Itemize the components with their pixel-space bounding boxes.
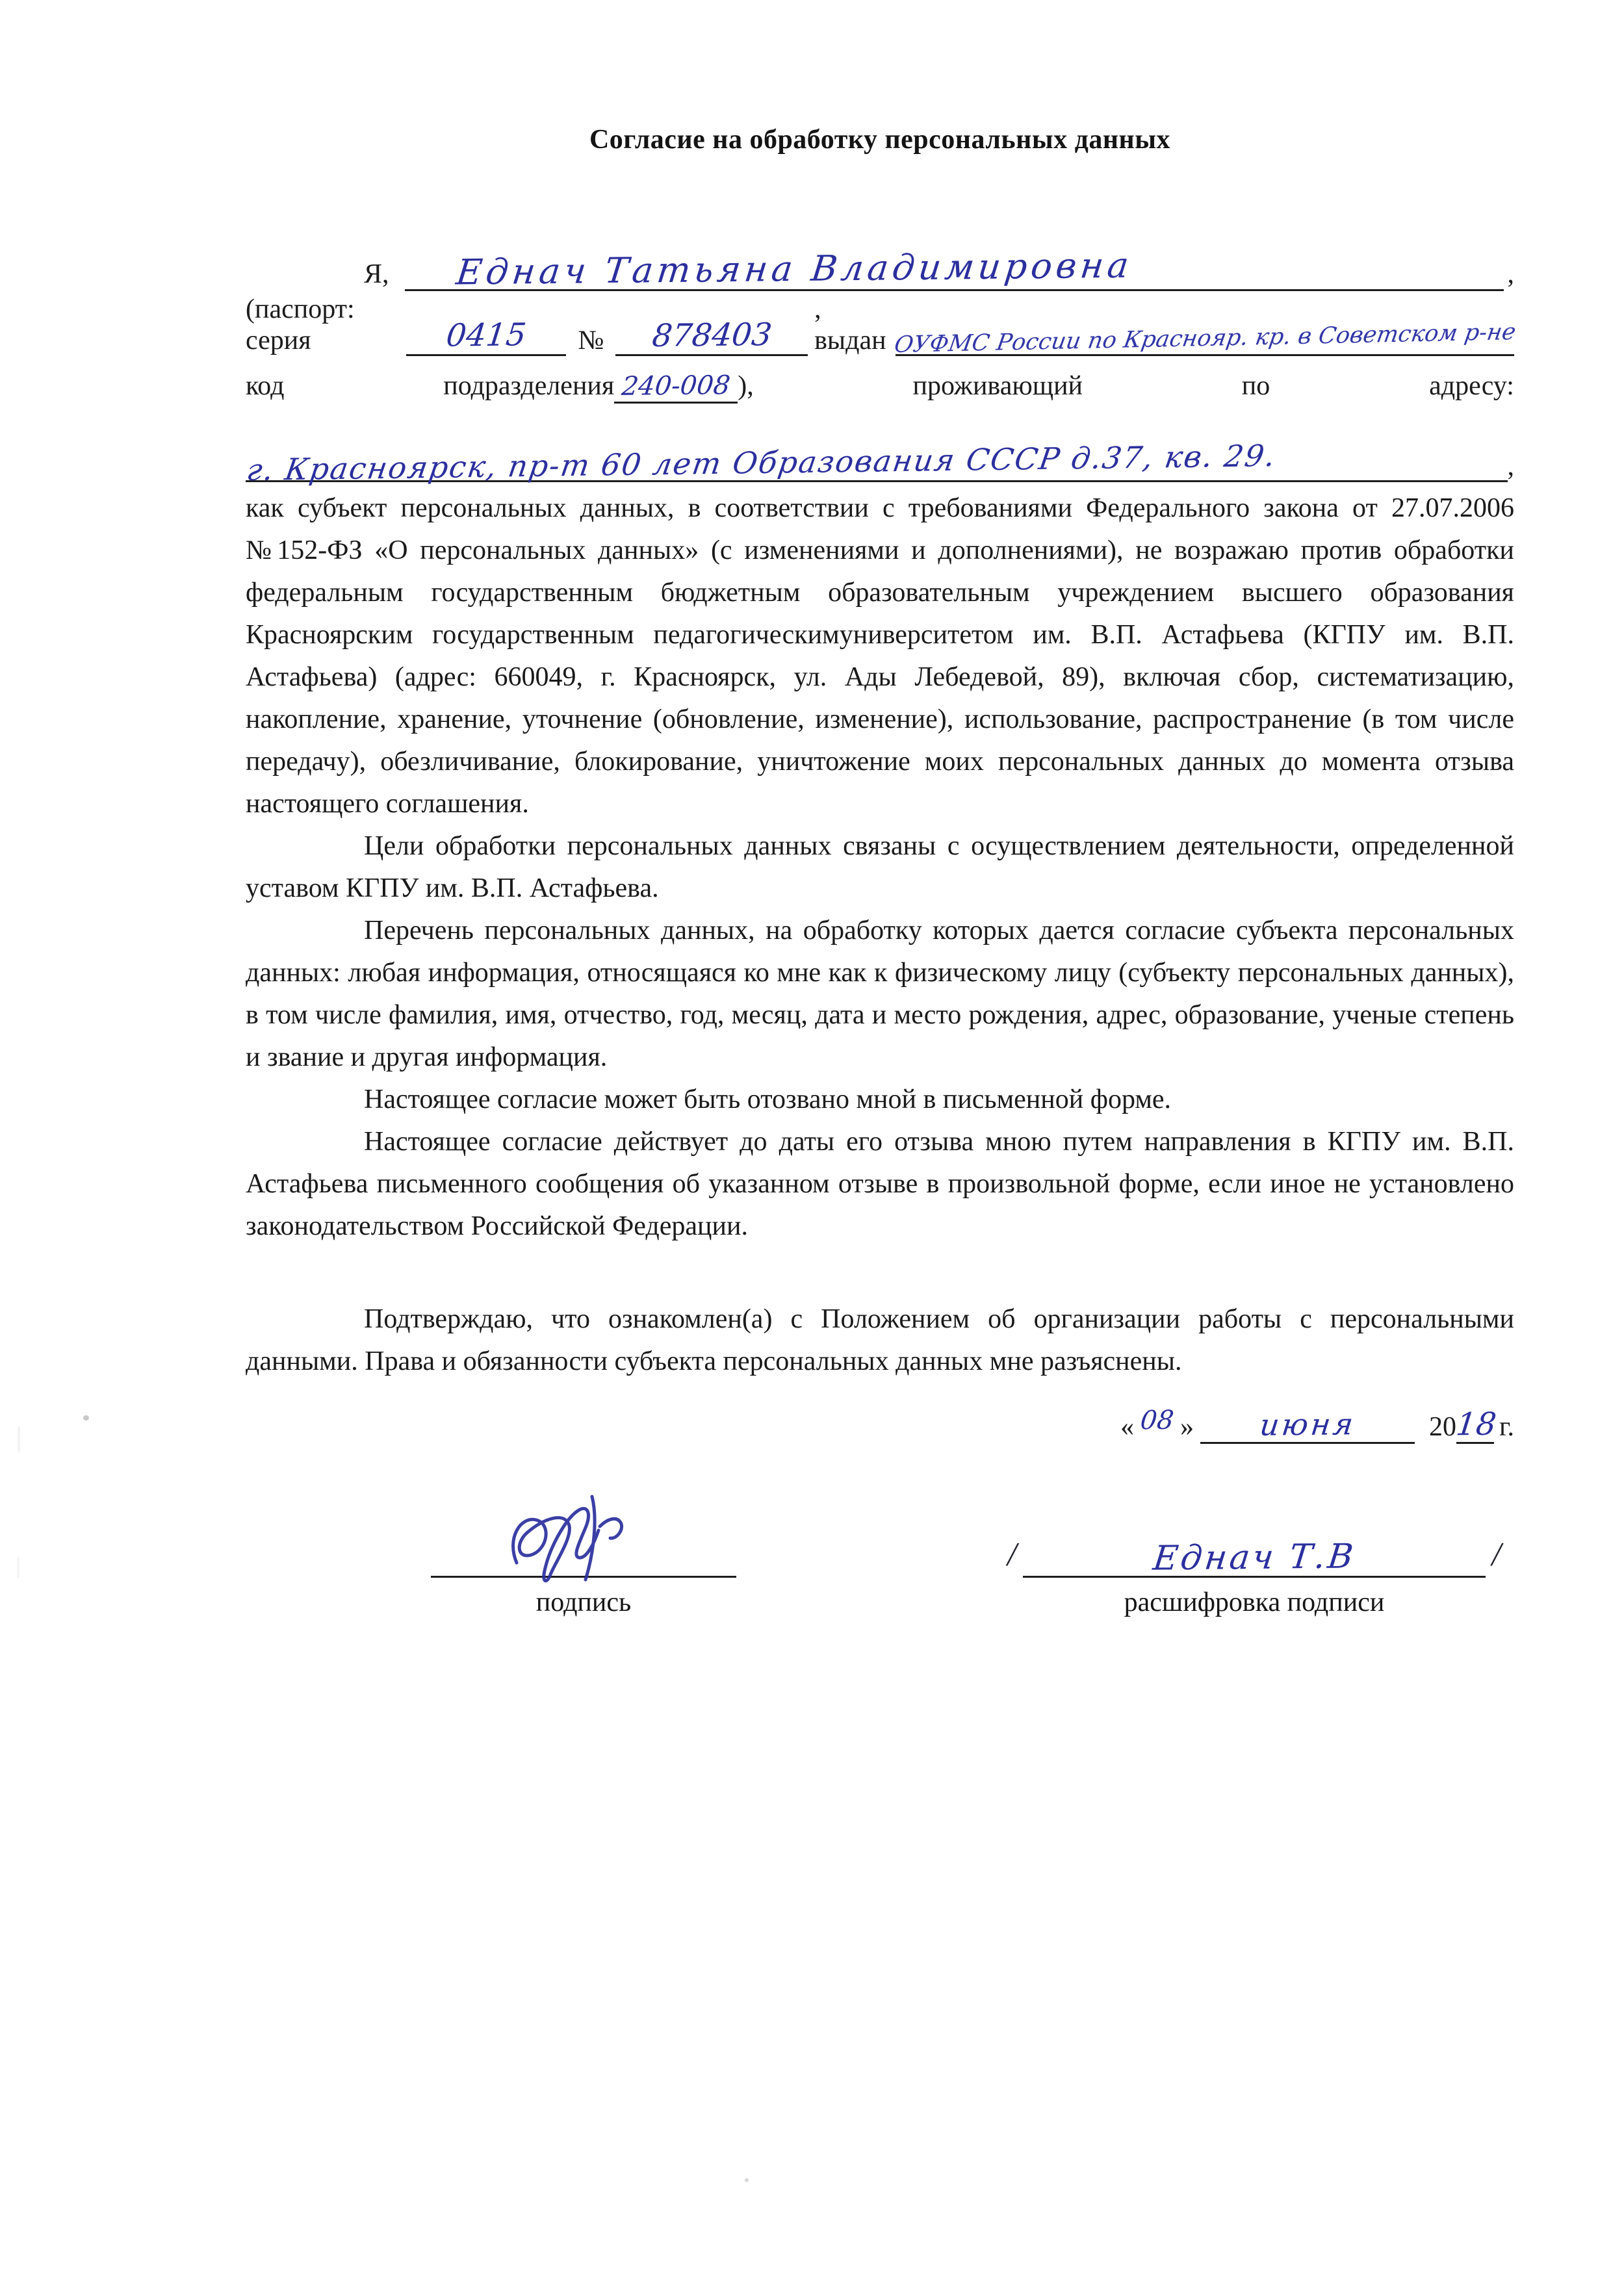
scan-speck <box>17 1556 19 1578</box>
year-line: 18 <box>1456 1409 1494 1444</box>
code-suffix: ), <box>738 370 754 402</box>
day-handwriting: 08 <box>1139 1408 1175 1434</box>
issued-label: , выдан <box>814 294 886 356</box>
address-handwriting: г. Красноярск, пр-т 60 лет Образования С… <box>245 441 1278 485</box>
year-handwriting: 18 <box>1454 1409 1498 1441</box>
unit-code-line: 240-008 <box>614 370 738 404</box>
code-group: подразделения 240-008 ), <box>443 370 754 404</box>
issued-by-line: ОУФМС России по Краснояр. кр. в Советско… <box>896 322 1514 356</box>
close-guillemet: » <box>1174 1411 1200 1444</box>
signature-field-line <box>431 1478 736 1578</box>
document-title: Согласие на обработку персональных данны… <box>246 123 1514 156</box>
scan-speck <box>83 1415 89 1420</box>
unit-code-row: код подразделения 240-008 ), проживающий… <box>246 370 1514 417</box>
scanned-document-page: Согласие на обработку персональных данны… <box>0 0 1624 2288</box>
right-slash: / <box>1486 1536 1508 1578</box>
paragraph-goals: Цели обработки персональных данных связа… <box>246 825 1514 910</box>
unit-code-handwriting: 240-008 <box>621 372 732 400</box>
passport-field-row: (паспорт: серия 0415 № 878403 , выдан ОУ… <box>246 304 1514 356</box>
issued-by-handwriting: ОУФМС России по Краснояр. кр. в Советско… <box>892 321 1517 357</box>
po-label: по <box>1242 370 1270 402</box>
podrazdeleniya-label: подразделения <box>443 370 614 402</box>
paragraph-confirmation: Подтверждаю, что ознакомлен(а) с Положен… <box>246 1298 1514 1383</box>
passport-prefix-label: (паспорт: серия <box>246 294 394 356</box>
scan-speck <box>745 2178 749 2182</box>
paragraph-subject-consent: как субъект персональных данных, в соотв… <box>246 487 1514 825</box>
passport-number-handwriting: 878403 <box>651 319 773 352</box>
document-content: Согласие на обработку персональных данны… <box>246 123 1514 1618</box>
signature-line <box>431 1480 736 1578</box>
passport-series-handwriting: 0415 <box>445 319 528 351</box>
signature-caption: подпись <box>431 1587 736 1618</box>
paragraph-validity: Настоящее согласие действует до даты его… <box>246 1121 1514 1248</box>
body-paragraphs: как субъект персональных данных, в соотв… <box>246 487 1514 1383</box>
scan-speck <box>18 1426 20 1452</box>
number-sign-label: № <box>578 325 604 356</box>
name-field-line: Еднач Татьяна Владимировна <box>405 251 1504 291</box>
signature-column: подпись <box>431 1480 736 1618</box>
signature-row: подпись / Еднач Т.В / расшифровка подпис… <box>246 1480 1514 1618</box>
year-suffix: г. <box>1494 1411 1514 1444</box>
paragraph-data-list: Перечень персональных данных, на обработ… <box>246 910 1514 1079</box>
passport-number-line: 878403 <box>615 320 808 356</box>
paragraph-revocation: Настоящее согласие может быть отозвано м… <box>246 1079 1514 1121</box>
signature-scribble-icon <box>502 1490 665 1587</box>
decode-caption: расшифровка подписи <box>1001 1587 1508 1618</box>
code-label: код <box>246 370 284 402</box>
decode-line: / Еднач Т.В / <box>1001 1480 1508 1578</box>
decode-column: / Еднач Т.В / расшифровка подписи <box>1001 1480 1508 1618</box>
scan-speck <box>337 1181 341 1185</box>
left-slash: / <box>1001 1536 1023 1578</box>
year-prefix: 20 <box>1415 1411 1456 1444</box>
address-label: адресу: <box>1429 370 1514 402</box>
date-row: « 08 » июня 20 18 г. <box>246 1392 1514 1444</box>
i-label: Я, <box>364 259 389 291</box>
passport-series-line: 0415 <box>406 320 566 356</box>
open-guillemet: « <box>1114 1411 1141 1444</box>
name-handwriting: Еднач Татьяна Владимировна <box>454 248 1134 290</box>
address-field-row: г. Красноярск, пр-т 60 лет Образования С… <box>246 426 1514 482</box>
address-field-line: г. Красноярск, пр-т 60 лет Образования С… <box>246 448 1508 482</box>
month-line: июня <box>1200 1409 1415 1444</box>
month-handwriting: июня <box>1258 1409 1357 1440</box>
name-field-row: Я, Еднач Татьяна Владимировна , <box>246 226 1514 291</box>
decode-handwriting: Еднач Т.В <box>1152 1539 1358 1575</box>
address-row-comma: , <box>1508 451 1515 482</box>
name-row-comma: , <box>1508 259 1515 291</box>
decode-field-line: Еднач Т.В <box>1023 1478 1485 1578</box>
residing-label: проживающий <box>913 370 1083 402</box>
